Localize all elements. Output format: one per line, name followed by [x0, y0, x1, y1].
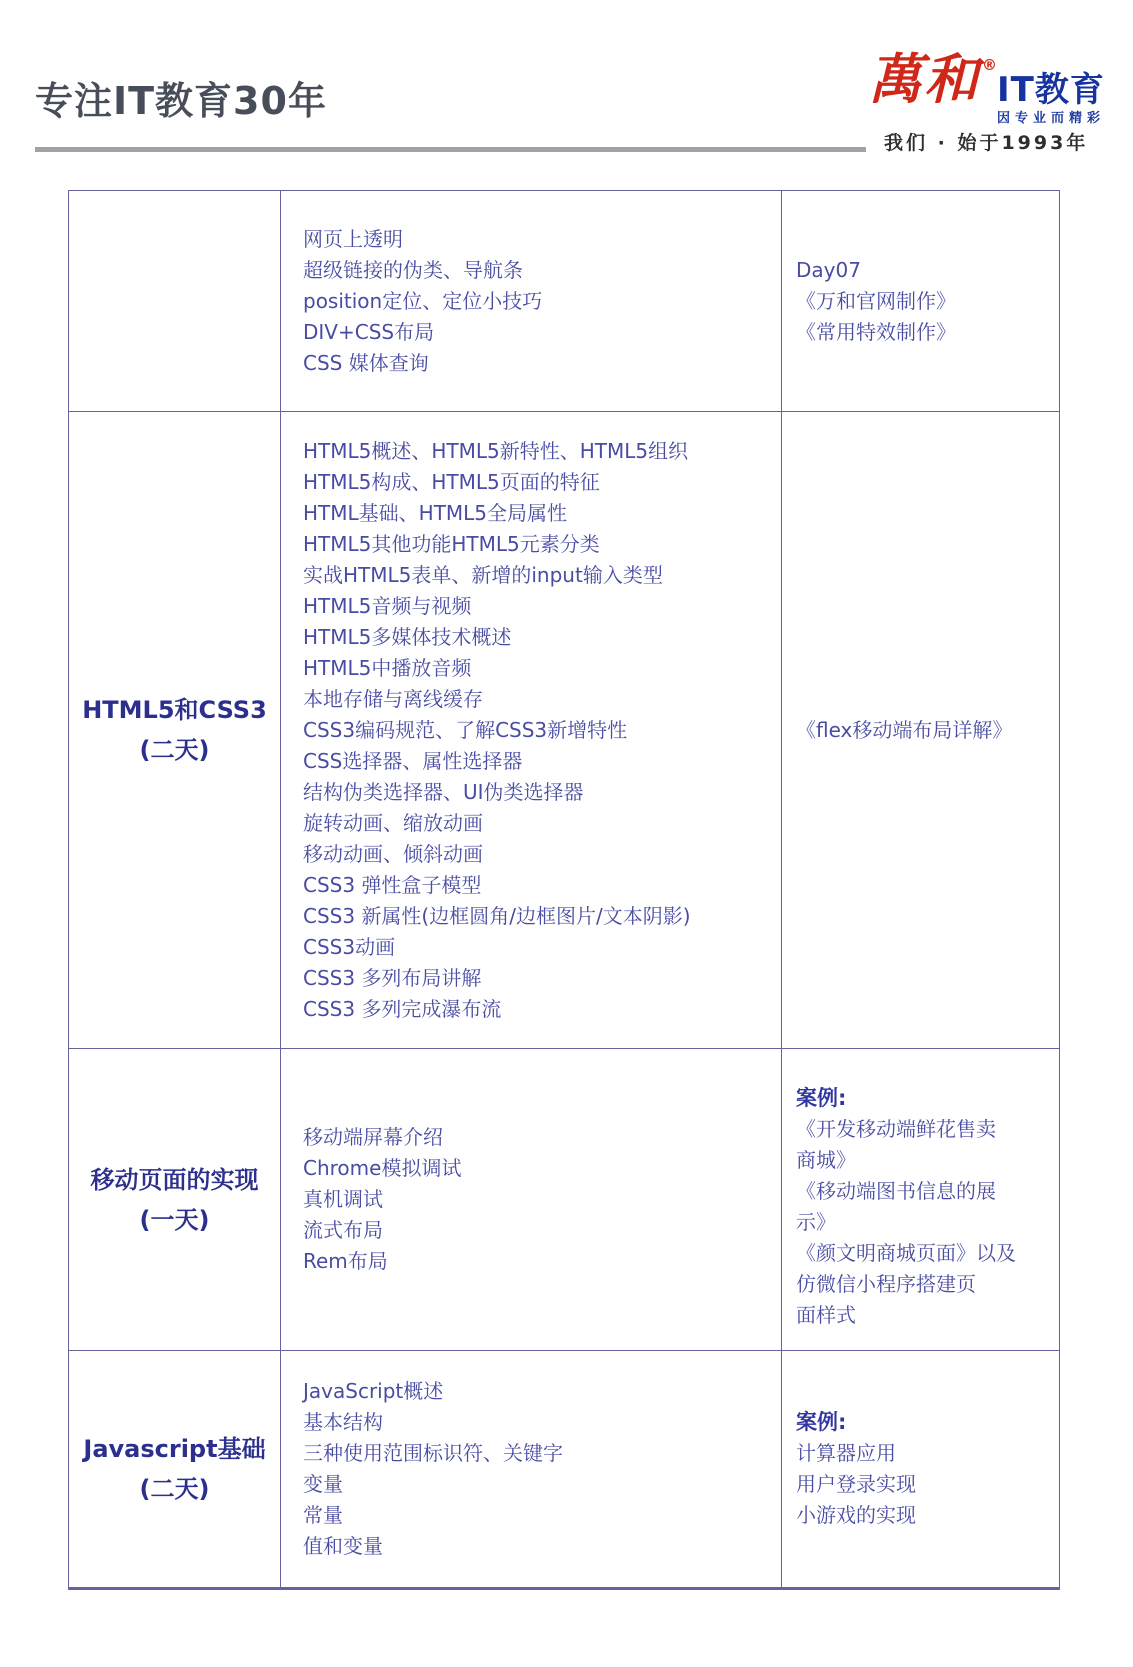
- topics-list: 网页上透明 超级链接的伪类、导航条 position定位、定位小技巧 DIV+C…: [303, 224, 781, 379]
- course-title: Javascript基础 (二天): [69, 1429, 280, 1509]
- cases-cell-row1: Day07 《万和官网制作》 《常用特效制作》: [781, 191, 1059, 411]
- cases-cell-row2: 《flex移动端布局详解》: [781, 411, 1059, 1048]
- curriculum-table: 网页上透明 超级链接的伪类、导航条 position定位、定位小技巧 DIV+C…: [68, 190, 1060, 1590]
- case-label: 案例:: [796, 1407, 1053, 1438]
- topics-cell-row1: 网页上透明 超级链接的伪类、导航条 position定位、定位小技巧 DIV+C…: [280, 191, 781, 411]
- topics-cell-row3: 移动端屏幕介绍 Chrome模拟调试 真机调试 流式布局 Rem布局: [280, 1048, 781, 1350]
- topics-list: 移动端屏幕介绍 Chrome模拟调试 真机调试 流式布局 Rem布局: [303, 1122, 781, 1277]
- course-title: 移动页面的实现 (一天): [69, 1160, 280, 1240]
- course-title: HTML5和CSS3 (二天): [69, 690, 280, 770]
- course-cell-row2: HTML5和CSS3 (二天): [69, 411, 280, 1048]
- brand-suffix: IT教育: [997, 62, 1105, 111]
- cases-list: 计算器应用 用户登录实现 小游戏的实现: [796, 1438, 1053, 1531]
- course-name: HTML5和CSS3: [69, 690, 280, 730]
- topics-list: HTML5概述、HTML5新特性、HTML5组织 HTML5构成、HTML5页面…: [303, 436, 781, 1025]
- registered-trademark-icon: ®: [982, 56, 997, 74]
- cases-cell-row3: 案例: 《开发移动端鲜花售卖 商城》 《移动端图书信息的展 示》 《颜文明商城页…: [781, 1048, 1059, 1350]
- topics-list: JavaScript概述 基本结构 三种使用范围标识符、关键字 变量 常量 值和…: [303, 1376, 781, 1562]
- case-label: 案例:: [796, 1083, 1053, 1114]
- course-cell-row3: 移动页面的实现 (一天): [69, 1048, 280, 1350]
- header-rule: [35, 147, 866, 152]
- cases-list: 《开发移动端鲜花售卖 商城》 《移动端图书信息的展 示》 《颜文明商城页面》以及…: [796, 1114, 1053, 1331]
- cases-list: Day07 《万和官网制作》 《常用特效制作》: [796, 255, 1053, 348]
- page-title: 专注IT教育30年: [35, 70, 327, 125]
- course-days: (一天): [69, 1200, 280, 1240]
- course-days: (二天): [69, 730, 280, 770]
- cases-list: 《flex移动端布局详解》: [796, 715, 1053, 746]
- topics-cell-row2: HTML5概述、HTML5新特性、HTML5组织 HTML5构成、HTML5页面…: [280, 411, 781, 1048]
- course-cell-row4: Javascript基础 (二天): [69, 1350, 280, 1587]
- cases-cell-row4: 案例: 计算器应用 用户登录实现 小游戏的实现: [781, 1350, 1059, 1587]
- course-cell-row1: [69, 191, 280, 411]
- course-name: 移动页面的实现: [69, 1160, 280, 1200]
- course-days: (二天): [69, 1469, 280, 1509]
- brand-slogan: 我们 · 始于1993年: [884, 128, 1088, 155]
- topics-cell-row4: JavaScript概述 基本结构 三种使用范围标识符、关键字 变量 常量 值和…: [280, 1350, 781, 1587]
- course-name: Javascript基础: [69, 1429, 280, 1469]
- brand-logo: 萬和: [868, 50, 980, 110]
- brand-tagline: 因专业而精彩: [997, 107, 1105, 126]
